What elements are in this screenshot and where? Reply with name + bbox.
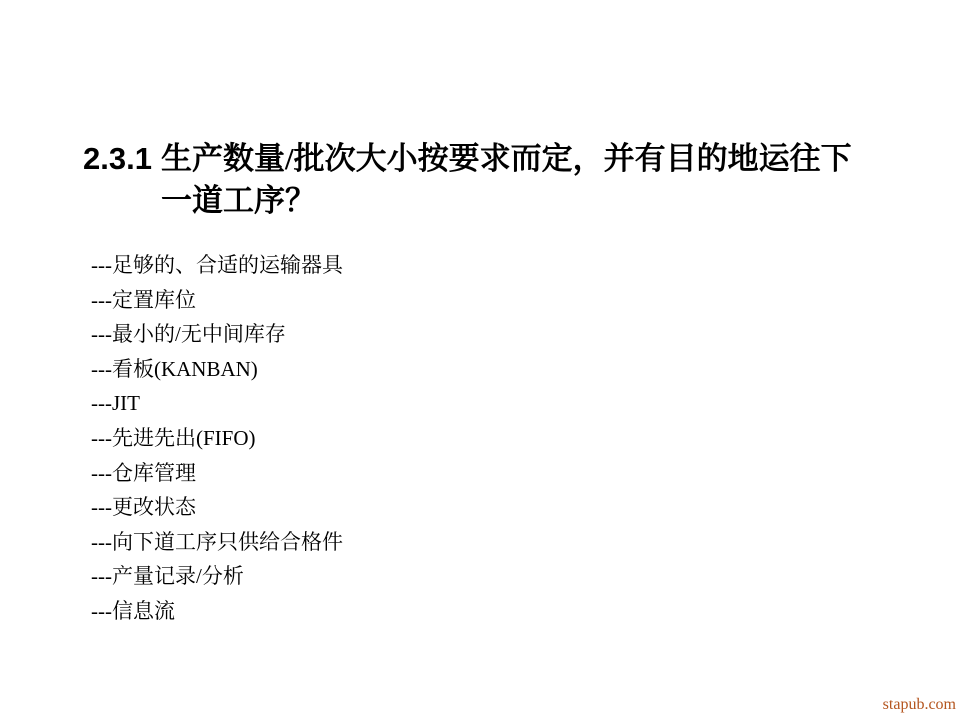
list-item: ---JIT [91, 386, 343, 421]
watermark: stapub.com [883, 696, 956, 714]
list-item: ---看板(KANBAN) [91, 352, 343, 387]
title-section-number: 2.3.1 [83, 138, 161, 180]
slide-title: 2.3.1 生产数量/批次大小按要求而定，并有目的地运往下 一道工序？ [83, 138, 852, 222]
title-line-1: 生产数量/批次大小按要求而定，并有目的地运往下 [161, 141, 852, 176]
title-text: 生产数量/批次大小按要求而定，并有目的地运往下 一道工序？ [161, 138, 852, 222]
list-item: ---先进先出(FIFO) [91, 421, 343, 456]
list-item: ---最小的/无中间库存 [91, 317, 343, 352]
list-item: ---向下道工序只供给合格件 [91, 525, 343, 560]
list-item: ---更改状态 [91, 490, 343, 525]
list-item: ---仓库管理 [91, 456, 343, 491]
list-item: ---信息流 [91, 594, 343, 629]
list-item: ---产量记录/分析 [91, 559, 343, 594]
slide: 2.3.1 生产数量/批次大小按要求而定，并有目的地运往下 一道工序？ ---足… [0, 0, 960, 720]
list-item: ---定置库位 [91, 283, 343, 318]
bullet-list: ---足够的、合适的运输器具 ---定置库位 ---最小的/无中间库存 ---看… [91, 248, 343, 629]
title-line-2: 一道工序？ [161, 183, 316, 218]
list-item: ---足够的、合适的运输器具 [91, 248, 343, 283]
